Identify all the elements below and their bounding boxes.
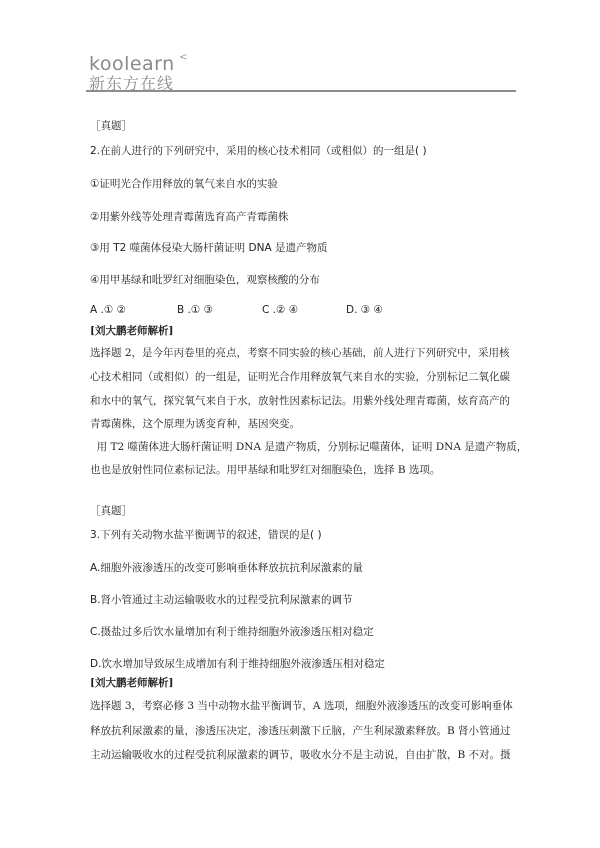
q3-analysis-line: 释放抗利尿激素的量，渗透压决定，渗透压刺激下丘脑，产生利尿激素释放。B 肾小管通…	[90, 723, 511, 738]
q3-option-a: A.细胞外液渗透压的改变可影响垂体释放抗抗利尿激素的量	[90, 560, 363, 575]
q2-analysis-line: 青霉菌株，这个原理为诱变育种，基因突变。	[90, 416, 300, 431]
q2-tag: ［真题］	[90, 118, 132, 133]
q2-analysis-line: 用 T2 噬菌体进大肠杆菌证明 DNA 是遗产物质，分别标记噬菌体，证明 DNA…	[90, 439, 527, 454]
q2-option-b: B .① ③	[177, 304, 213, 316]
q2-option-a: A .① ②	[90, 304, 126, 316]
q2-item: ②用紫外线等处理青霉菌选育高产青霉菌株	[90, 209, 288, 224]
logo-arrow-icon: <	[179, 49, 188, 67]
q3-option-c: C.摄盐过多后饮水量增加有利于维持细胞外液渗透压相对稳定	[90, 624, 374, 639]
koolearn-logo: koolearn < 新东方在线	[89, 55, 175, 94]
q2-analysis-line: 选择题 2，是今年丙卷里的亮点，考察不同实验的核心基础，前人进行下列研究中，采用…	[90, 345, 510, 360]
q2-item: ③用 T2 噬菌体侵染大肠杆菌证明 DNA 是遗产物质	[90, 240, 327, 255]
q2-option-d: D. ③ ④	[346, 304, 383, 316]
q3-option-b: B.肾小管通过主动运输吸收水的过程受抗利尿激素的调节	[90, 592, 353, 607]
q3-option-d: D.饮水增加导致尿生成增加有利于维持细胞外液渗透压相对稳定	[90, 656, 385, 671]
q2-analysis-line: 和水中的氧气，探究氧气来自于水，放射性因素标记法。用紫外线处理青霉菌，炫育高产的	[90, 393, 510, 408]
header-divider	[86, 90, 516, 92]
q2-analysis-line: 心技术相同（或相似）的一组是，证明光合作用释放氧气来自水的实验，分别标记二氧化碳	[90, 369, 510, 384]
q2-question: 2.在前人进行的下列研究中，采用的核心技术相同（或相似）的一组是( )	[90, 143, 427, 158]
q3-analysis-line: 选择题 3，考察必修 3 当中动物水盐平衡调节，A 选项，细胞外液渗透压的改变可…	[90, 698, 513, 713]
q2-analysis-title: [刘大鹏老师解析]	[90, 323, 173, 338]
q2-analysis-line: 也也是放射性同位素标记法。用甲基绿和吡罗红对细胞染色，选择 B 选项。	[90, 462, 440, 477]
q3-analysis-line: 主动运输吸收水的过程受抗利尿激素的调节，吸收水分不是主动说，自由扩散，B 不对。…	[90, 747, 511, 762]
q3-question: 3.下列有关动物水盐平衡调节的叙述，错误的是( )	[90, 527, 322, 542]
q2-option-c: C .② ④	[262, 304, 298, 316]
q2-item: ①证明光合作用释放的氧气来自水的实验	[90, 176, 278, 191]
q3-tag: ［真题］	[90, 503, 132, 518]
q3-analysis-title: [刘大鹏老师解析]	[90, 675, 173, 690]
q2-item: ④用甲基绿和吡罗红对细胞染色，观察核酸的分布	[90, 272, 320, 287]
logo-text-en: koolearn <	[89, 55, 175, 73]
